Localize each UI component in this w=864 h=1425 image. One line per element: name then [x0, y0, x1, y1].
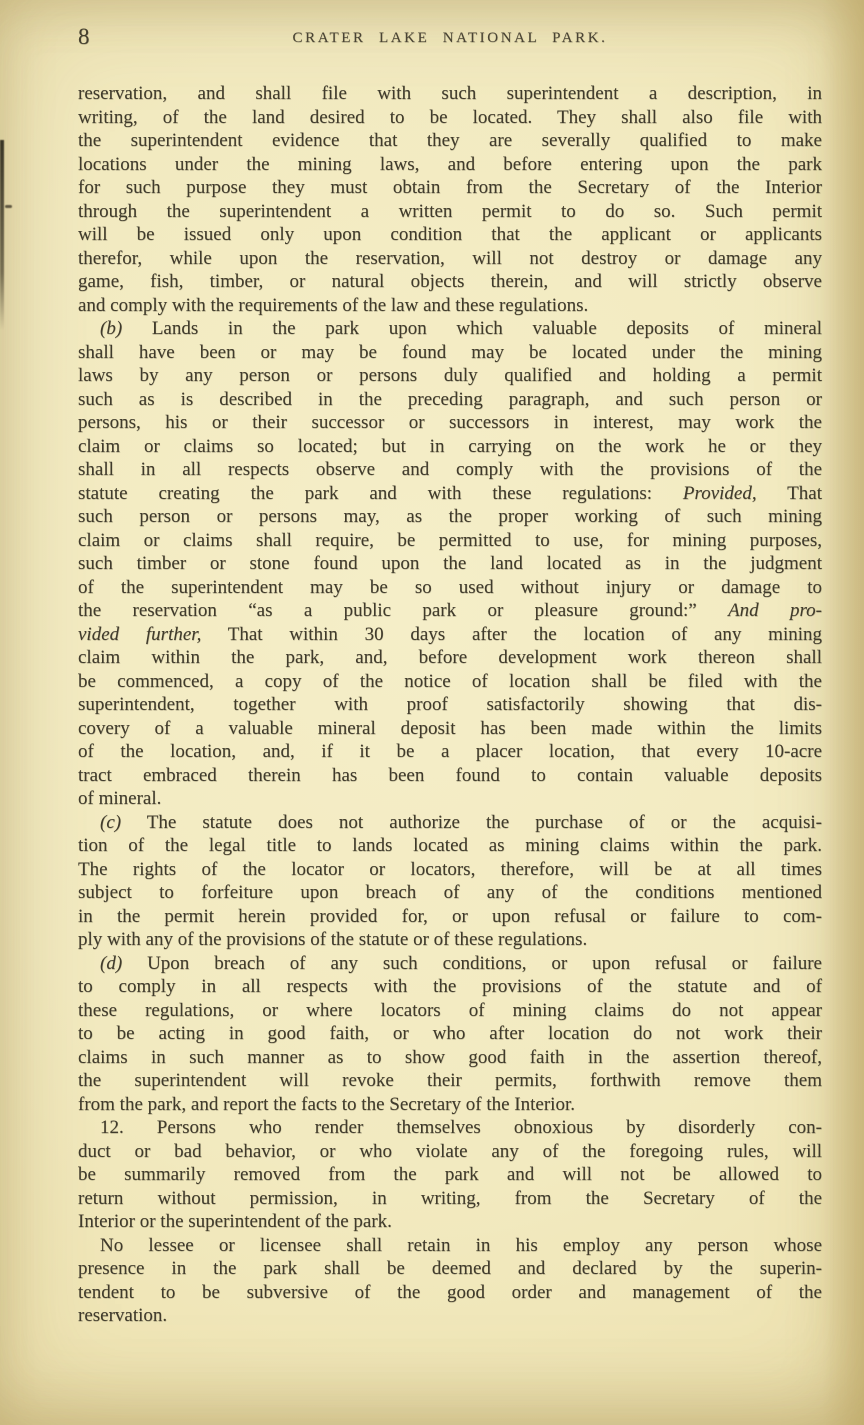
text-line: will be issued only upon condition that … — [78, 223, 822, 247]
text-line: in the permit herein provided for, or up… — [78, 905, 822, 929]
text-line: return without permission, in writing, f… — [78, 1187, 822, 1211]
text-line: statute creating the park and with these… — [78, 482, 822, 506]
text-line: of the superintendent may be so used wit… — [78, 576, 822, 600]
scan-edge-artifact — [0, 140, 4, 330]
paragraph-4: 12. Persons who render themselves obnoxi… — [78, 1116, 822, 1234]
text-line: reservation. — [78, 1304, 822, 1328]
text-line: such person or persons may, as the prope… — [78, 505, 822, 529]
text-line: shall have been or may be found may be l… — [78, 341, 822, 365]
text-line: to comply in all respects with the provi… — [78, 975, 822, 999]
text-line: these regulations, or where locators of … — [78, 999, 822, 1023]
text-line: (b) Lands in the park upon which valuabl… — [78, 317, 822, 341]
text-line: shall in all respects observe and comply… — [78, 458, 822, 482]
paragraph-3: (d) Upon breach of any such conditions, … — [78, 952, 822, 1117]
text-line: game, fish, timber, or natural objects t… — [78, 270, 822, 294]
text-line: of mineral. — [78, 787, 822, 811]
text-line: and comply with the requirements of the … — [78, 294, 822, 318]
text-line: be commenced, a copy of the notice of lo… — [78, 670, 822, 694]
text-line: to be acting in good faith, or who after… — [78, 1022, 822, 1046]
text-line: tendent to be subversive of the good ord… — [78, 1281, 822, 1305]
text-line: ply with any of the provisions of the st… — [78, 928, 822, 952]
text-line: presence in the park shall be deemed and… — [78, 1257, 822, 1281]
text-line: such timber or stone found upon the land… — [78, 552, 822, 576]
text-line: locations under the mining laws, and bef… — [78, 153, 822, 177]
text-line: from the park, and report the facts to t… — [78, 1093, 822, 1117]
paragraph-2: (c) The statute does not authorize the p… — [78, 811, 822, 952]
text-line: The rights of the locator or locators, t… — [78, 858, 822, 882]
text-line: laws by any person or persons duly quali… — [78, 364, 822, 388]
paragraph-1: (b) Lands in the park upon which valuabl… — [78, 317, 822, 811]
page-header: 8 CRATER LAKE NATIONAL PARK. — [78, 24, 822, 54]
text-line: writing, of the land desired to be locat… — [78, 106, 822, 130]
scan-speck — [5, 205, 12, 208]
text-line: duct or bad behavior, or who violate any… — [78, 1140, 822, 1164]
paragraph-5: No lessee or licensee shall retain in hi… — [78, 1234, 822, 1328]
text-line: (d) Upon breach of any such conditions, … — [78, 952, 822, 976]
text-line: Interior or the superintendent of the pa… — [78, 1210, 822, 1234]
text-line: claims in such manner as to show good fa… — [78, 1046, 822, 1070]
text-line: of the location, and, if it be a placer … — [78, 740, 822, 764]
page-body: reservation, and shall file with such su… — [78, 82, 822, 1328]
text-line: No lessee or licensee shall retain in hi… — [78, 1234, 822, 1258]
text-line: therefor, while upon the reservation, wi… — [78, 247, 822, 271]
text-line: superintendent, together with proof sati… — [78, 693, 822, 717]
text-line: claim within the park, and, before devel… — [78, 646, 822, 670]
text-line: reservation, and shall file with such su… — [78, 82, 822, 106]
text-line: be summarily removed from the park and w… — [78, 1163, 822, 1187]
text-line: the reservation “as a public park or ple… — [78, 599, 822, 623]
text-line: claim or claims shall require, be permit… — [78, 529, 822, 553]
running-title: CRATER LAKE NATIONAL PARK. — [78, 30, 822, 47]
scan-right-shade — [822, 0, 864, 1425]
text-line: covery of a valuable mineral deposit has… — [78, 717, 822, 741]
text-line: vided further, That within 30 days after… — [78, 623, 822, 647]
text-line: persons, his or their successor or succe… — [78, 411, 822, 435]
text-line: claim or claims so located; but in carry… — [78, 435, 822, 459]
text-line: the superintendent will revoke their per… — [78, 1069, 822, 1093]
paragraph-0: reservation, and shall file with such su… — [78, 82, 822, 317]
text-line: the superintendent evidence that they ar… — [78, 129, 822, 153]
text-line: through the superintendent a written per… — [78, 200, 822, 224]
text-line: tract embraced therein has been found to… — [78, 764, 822, 788]
text-line: subject to forfeiture upon breach of any… — [78, 881, 822, 905]
text-line: for such purpose they must obtain from t… — [78, 176, 822, 200]
text-line: tion of the legal title to lands located… — [78, 834, 822, 858]
book-page: 8 CRATER LAKE NATIONAL PARK. reservation… — [0, 0, 864, 1425]
text-line: 12. Persons who render themselves obnoxi… — [78, 1116, 822, 1140]
text-line: such as is described in the preceding pa… — [78, 388, 822, 412]
text-line: (c) The statute does not authorize the p… — [78, 811, 822, 835]
